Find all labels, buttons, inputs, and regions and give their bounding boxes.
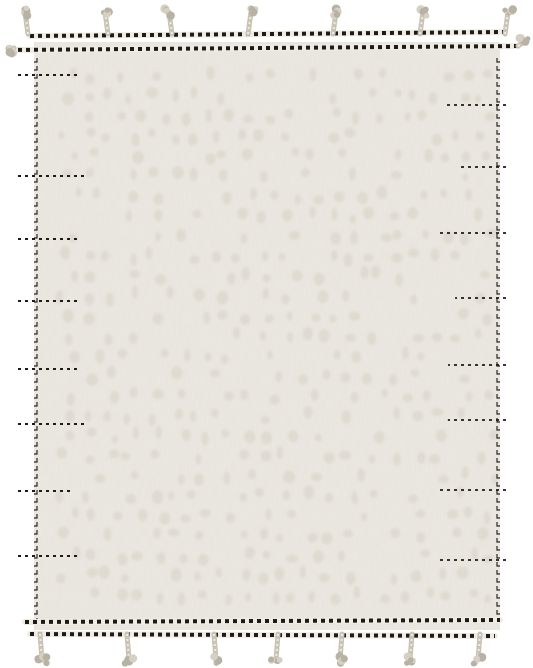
rug-texture xyxy=(34,42,500,630)
rug-photo xyxy=(0,0,533,668)
rug xyxy=(6,4,531,666)
